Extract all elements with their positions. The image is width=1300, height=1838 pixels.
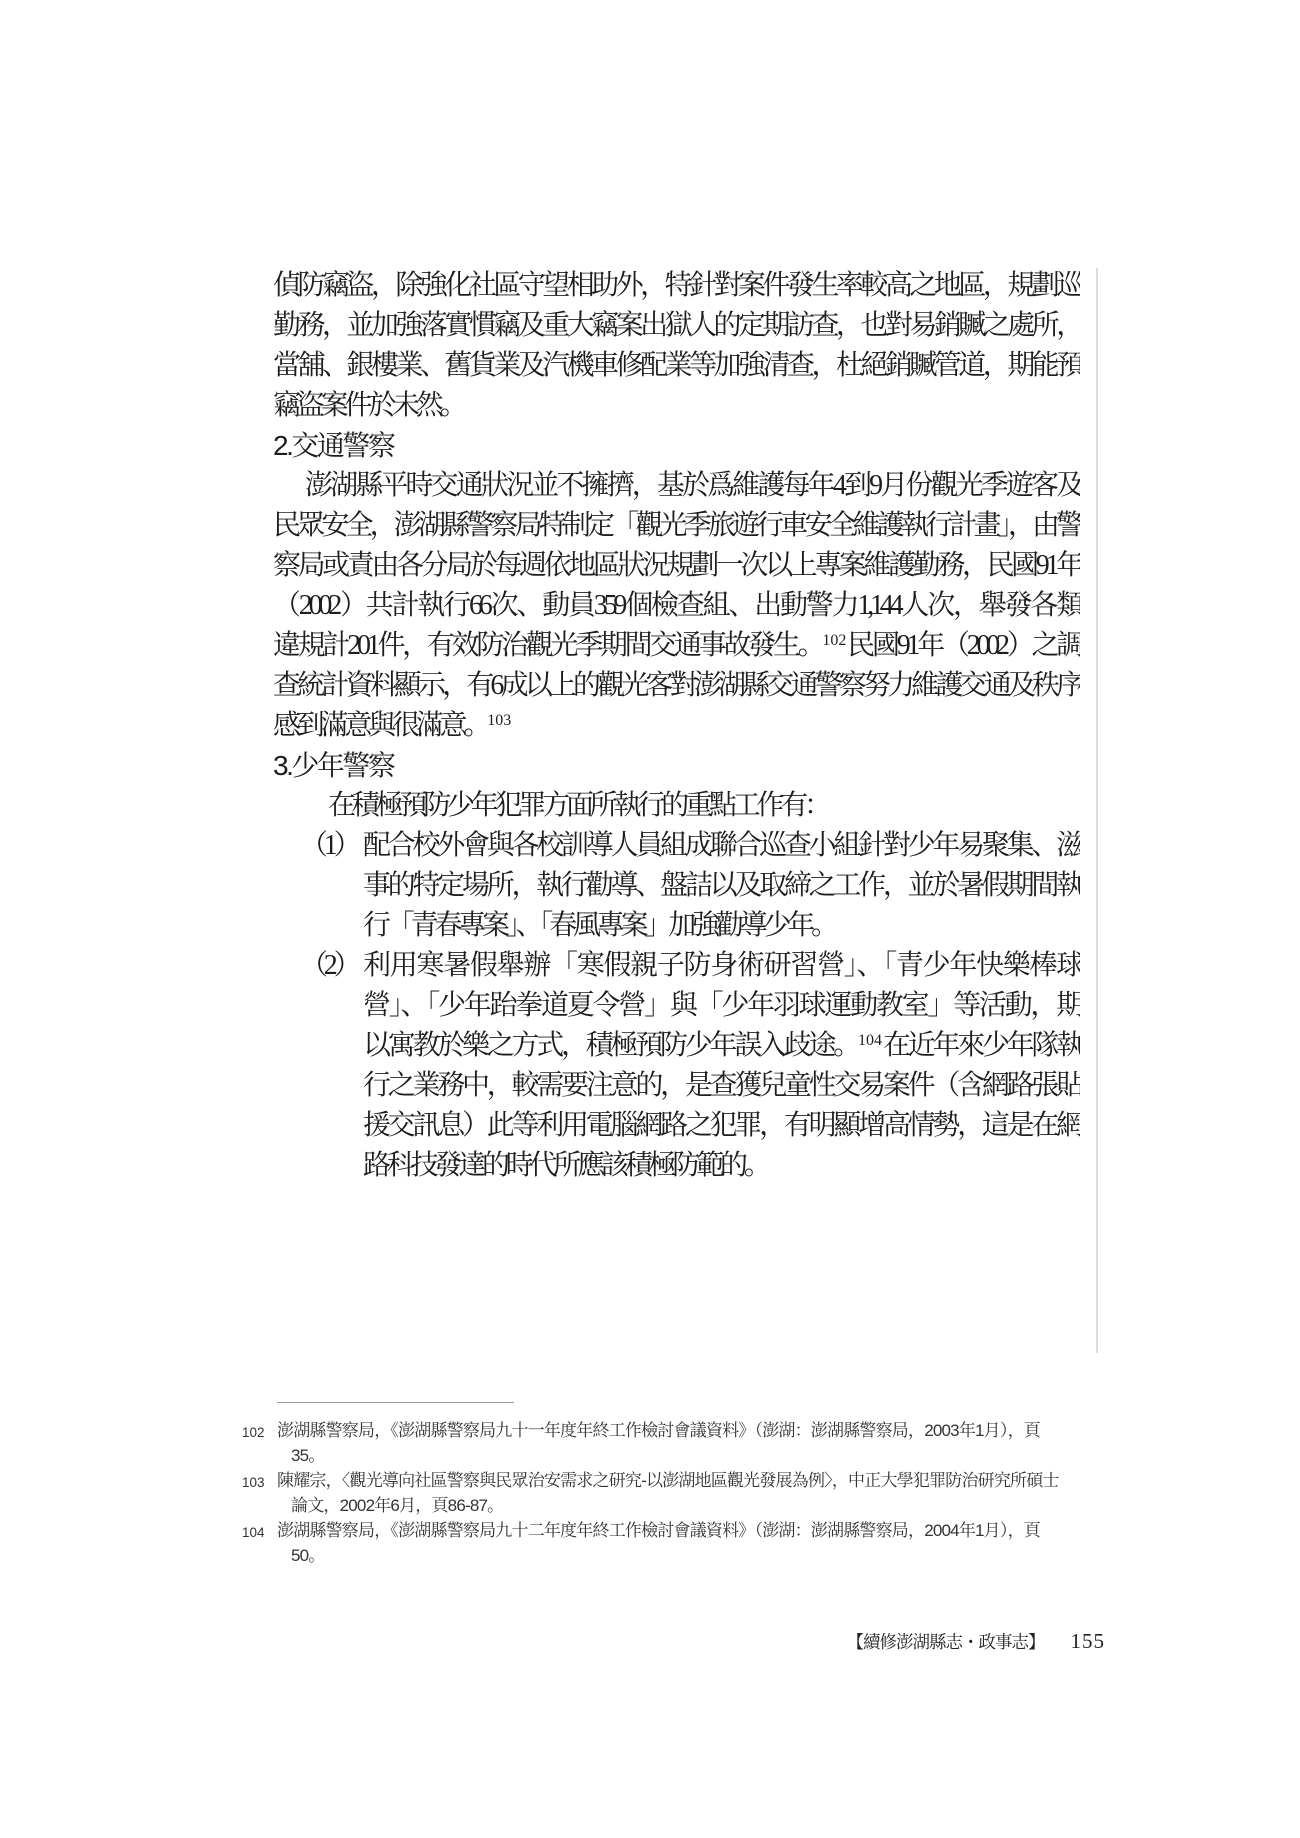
text-line: 感到滿意與很滿意。103 <box>273 706 1080 746</box>
text-line: 利用寒暑假舉辦「寒假親子防身術研習營」、「青少年快樂棒球 <box>363 946 1080 986</box>
text-line: 當舖、銀樓業、舊貨業及汽機車修配業等加強清查，杜絕銷贓管道，期能預防 <box>273 346 1080 386</box>
list-item: （2） 利用寒暑假舉辦「寒假親子防身術研習營」、「青少年快樂棒球 營」、「少年跆… <box>273 946 1080 1186</box>
footnote-text-line: 澎湖縣警察局，《澎湖縣警察局九十二年度年終工作檢討會議資料》（澎湖：澎湖縣警察局… <box>277 1518 1087 1543</box>
text-line: 在積極預防少年犯罪方面所執行的重點工作有： <box>273 786 1080 826</box>
footnote-number: 102 <box>242 1420 265 1445</box>
list-item: （1） 配合校外會與各校訓導人員組成聯合巡查小組針對少年易聚集、滋 事的特定場所… <box>273 826 1080 946</box>
text-segment: 感到滿意與很滿意。 <box>273 710 487 741</box>
text-line: 行「青春專案」、「春風專案」加強勸導少年。 <box>363 906 1080 946</box>
text-line: 民眾安全，澎湖縣警察局特制定「觀光季旅遊行車安全維護執行計畫」，由警 <box>273 506 1080 546</box>
footnote-102: 102 澎湖縣警察局，《澎湖縣警察局九十一年度年終工作檢討會議資料》（澎湖：澎湖… <box>242 1418 1087 1468</box>
text-line: 勤務，並加強落實慣竊及重大竊案出獄人的定期訪查，也對易銷贓之處所，如 <box>273 306 1080 346</box>
text-segment: 民國91年（2002）之調 <box>846 630 1080 661</box>
footnote-text-line: 論文，2002年6月，頁86-87。 <box>277 1493 1087 1518</box>
text-segment: 違規計201件，有效防治觀光季期間交通事故發生。 <box>273 630 822 661</box>
text-segment: 以寓教於樂之方式，積極預防少年誤入歧途。 <box>363 1030 858 1061</box>
page-number: 155 <box>1071 1629 1106 1654</box>
footnote-103: 103 陳耀宗，〈觀光導向社區警察與民眾治安需求之研究-以澎湖地區觀光發展為例〉… <box>242 1468 1087 1518</box>
footnote-text-line: 澎湖縣警察局，《澎湖縣警察局九十一年度年終工作檢討會議資料》（澎湖：澎湖縣警察局… <box>277 1418 1087 1443</box>
book-title: 【續修澎湖縣志・政事志】 <box>847 1629 1045 1654</box>
text-line: 違規計201件，有效防治觀光季期間交通事故發生。102民國91年（2002）之調 <box>273 626 1080 666</box>
footnote-text-line: 35。 <box>277 1443 1087 1468</box>
text-line: 營」、「少年跆拳道夏令營」與「少年羽球運動教室」等活動，期 <box>363 986 1080 1026</box>
footnote-reference-104: 104 <box>858 1032 882 1049</box>
text-line: 竊盜案件於未然。 <box>273 386 1080 426</box>
footnote-104: 104 澎湖縣警察局，《澎湖縣警察局九十二年度年終工作檢討會議資料》（澎湖：澎湖… <box>242 1518 1087 1568</box>
text-line: 配合校外會與各校訓導人員組成聯合巡查小組針對少年易聚集、滋 <box>363 826 1080 866</box>
footnote-number: 104 <box>242 1520 265 1545</box>
footnote-divider <box>277 1402 514 1403</box>
text-segment: 在近年來少年隊執 <box>882 1030 1080 1061</box>
text-line: 援交訊息）此等利用電腦網路之犯罪，有明顯增高情勢，這是在網 <box>363 1106 1080 1146</box>
text-line: 事的特定場所，執行勸導、盤詰以及取締之工作，並於暑假期間執 <box>363 866 1080 906</box>
footnote-reference-102: 102 <box>822 632 846 649</box>
page-body-text: 偵防竊盜，除強化社區守望相助外，特針對案件發生率較高之地區，規劃巡查 勤務，並加… <box>273 266 1080 1186</box>
list-item-marker: （1） <box>300 826 357 866</box>
text-line: （2002）共計執行66次、動員359個檢查組、出動警力1,144人次，舉發各類 <box>273 586 1080 626</box>
text-line: 偵防竊盜，除強化社區守望相助外，特針對案件發生率較高之地區，規劃巡查 <box>273 266 1080 306</box>
text-line: 察局或責由各分局於每週依地區狀況規劃一次以上專案維護勤務，民國91年 <box>273 546 1080 586</box>
footnotes-section: 102 澎湖縣警察局，《澎湖縣警察局九十一年度年終工作檢討會議資料》（澎湖：澎湖… <box>242 1402 1087 1568</box>
text-line: 路科技發達的時代所應該積極防範的。 <box>363 1146 1080 1186</box>
list-item-marker: （2） <box>300 946 357 986</box>
footnote-text-line: 50。 <box>277 1543 1087 1568</box>
text-line: 以寓教於樂之方式，積極預防少年誤入歧途。104在近年來少年隊執 <box>363 1026 1080 1066</box>
footnote-text-line: 陳耀宗，〈觀光導向社區警察與民眾治安需求之研究-以澎湖地區觀光發展為例〉，中正大… <box>277 1468 1087 1493</box>
footnote-reference-103: 103 <box>487 712 511 729</box>
scan-artifact-line <box>1096 268 1098 1353</box>
text-line: 查統計資料顯示，有6成以上的觀光客對澎湖縣交通警察努力維護交通及秩序 <box>273 666 1080 706</box>
text-line: 行之業務中，較需要注意的，是查獲兒童性交易案件（含網路張貼 <box>363 1066 1080 1106</box>
document-page: 偵防竊盜，除強化社區守望相助外，特針對案件發生率較高之地區，規劃巡查 勤務，並加… <box>0 0 1300 1838</box>
page-footer: 【續修澎湖縣志・政事志】 155 <box>847 1629 1106 1654</box>
section-heading-juvenile-police: 3.少年警察 <box>273 746 1080 786</box>
text-line: 澎湖縣平時交通狀況並不擁擠，基於爲維護每年4到9月份觀光季遊客及 <box>273 466 1080 506</box>
section-heading-traffic-police: 2.交通警察 <box>273 426 1080 466</box>
footnote-number: 103 <box>242 1470 265 1495</box>
